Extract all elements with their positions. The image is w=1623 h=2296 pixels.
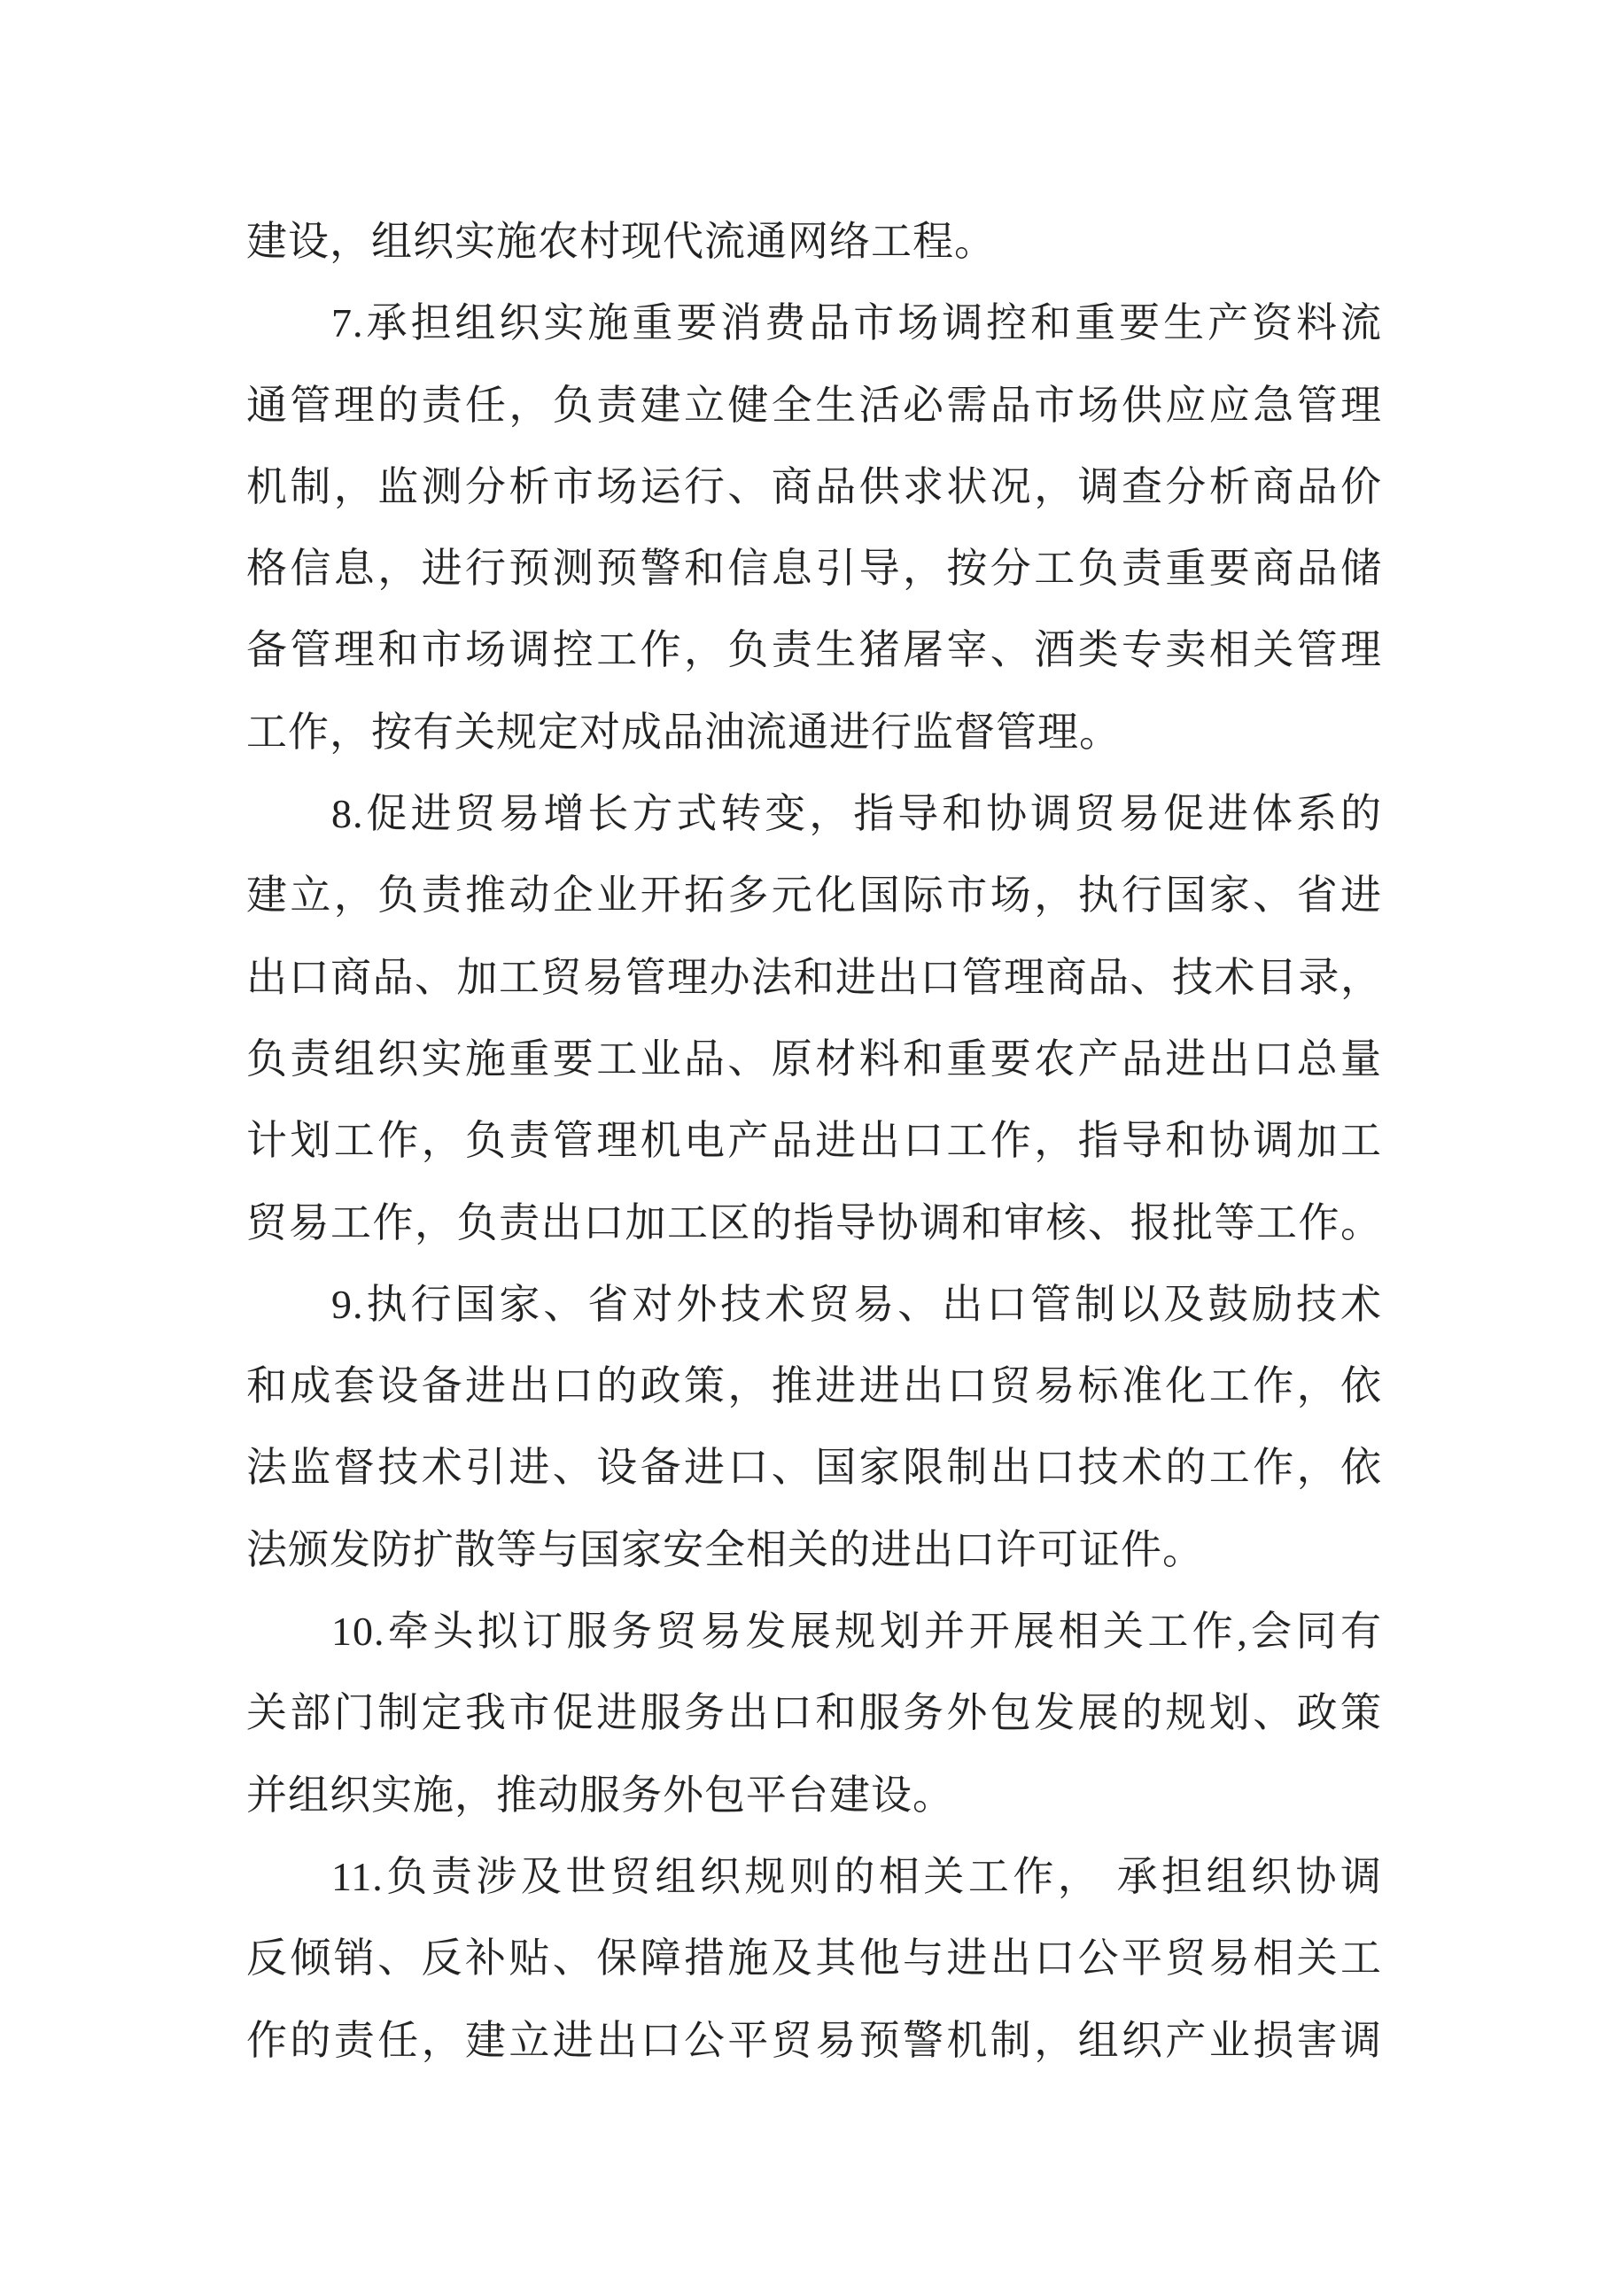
para-item-8: 8.促进贸易增长方式转变，指导和协调贸易促进体系的建立，负责推动企业开拓多元化国… — [246, 773, 1382, 1264]
text-line: 通管理的责任，负责建立健全生活必需品市场供应应急管理 — [246, 365, 1382, 446]
text-line: 出口商品、加工贸易管理办法和进出口管理商品、技术目录， — [246, 937, 1382, 1019]
text-line: 建设，组织实施农村现代流通网络工程。 — [246, 201, 1382, 283]
text-line: 法颁发防扩散等与国家安全相关的进出口许可证件。 — [246, 1509, 1382, 1591]
text-line: 和成套设备进出口的政策，推进进出口贸易标准化工作，依 — [246, 1346, 1382, 1427]
text-line: 法监督技术引进、设备进口、国家限制出口技术的工作，依 — [246, 1427, 1382, 1509]
para-item-9: 9.执行国家、省对外技术贸易、出口管制以及鼓励技术和成套设备进出口的政策，推进进… — [246, 1264, 1382, 1591]
document-page: 建设，组织实施农村现代流通网络工程。7.承担组织实施重要消费品市场调控和重要生产… — [0, 0, 1623, 2296]
text-line: 关部门制定我市促进服务出口和服务外包发展的规划、政策 — [246, 1672, 1382, 1754]
para-item-11: 11.负责涉及世贸组织规则的相关工作， 承担组织协调反倾销、反补贴、保障措施及其… — [246, 1836, 1382, 2082]
text-line: 反倾销、反补贴、保障措施及其他与进出口公平贸易相关工 — [246, 1918, 1382, 1999]
text-line: 并组织实施，推动服务外包平台建设。 — [246, 1755, 1382, 1836]
para-continuation: 建设，组织实施农村现代流通网络工程。 — [246, 201, 1382, 283]
para-item-10: 10.牵头拟订服务贸易发展规划并开展相关工作,会同有关部门制定我市促进服务出口和… — [246, 1591, 1382, 1836]
para-item-7: 7.承担组织实施重要消费品市场调控和重要生产资料流通管理的责任，负责建立健全生活… — [246, 283, 1382, 773]
text-line: 作的责任，建立进出口公平贸易预警机制，组织产业损害调 — [246, 2000, 1382, 2082]
text-line: 建立，负责推动企业开拓多元化国际市场，执行国家、省进 — [246, 855, 1382, 936]
text-line: 10.牵头拟订服务贸易发展规划并开展相关工作,会同有 — [246, 1591, 1382, 1672]
text-line: 7.承担组织实施重要消费品市场调控和重要生产资料流 — [246, 283, 1382, 364]
text-line: 9.执行国家、省对外技术贸易、出口管制以及鼓励技术 — [246, 1264, 1382, 1346]
text-line: 8.促进贸易增长方式转变，指导和协调贸易促进体系的 — [246, 773, 1382, 855]
text-line: 负责组织实施重要工业品、原材料和重要农产品进出口总量 — [246, 1019, 1382, 1100]
text-line: 11.负责涉及世贸组织规则的相关工作， 承担组织协调 — [246, 1836, 1382, 1918]
text-line: 格信息，进行预测预警和信息引导，按分工负责重要商品储 — [246, 528, 1382, 609]
text-line: 机制，监测分析市场运行、商品供求状况，调查分析商品价 — [246, 446, 1382, 528]
text-line: 工作，按有关规定对成品油流通进行监督管理。 — [246, 692, 1382, 773]
text-line: 贸易工作，负责出口加工区的指导协调和审核、报批等工作。 — [246, 1183, 1382, 1264]
text-line: 计划工作，负责管理机电产品进出口工作，指导和协调加工 — [246, 1100, 1382, 1182]
text-line: 备管理和市场调控工作，负责生猪屠宰、酒类专卖相关管理 — [246, 609, 1382, 691]
text-block: 建设，组织实施农村现代流通网络工程。7.承担组织实施重要消费品市场调控和重要生产… — [246, 201, 1382, 2082]
